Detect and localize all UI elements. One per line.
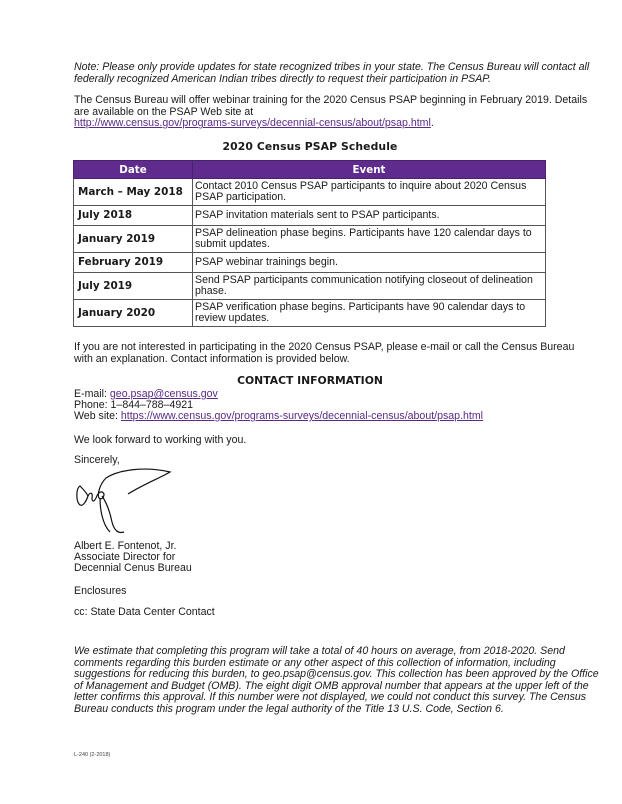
- web-label: Web site:: [74, 410, 121, 422]
- signature-image: [74, 466, 184, 536]
- schedule-table: Date Event March – May 2018 Contact 2010…: [73, 160, 546, 327]
- row-date: January 2020: [74, 300, 193, 327]
- enclosures: Enclosures: [74, 586, 126, 598]
- row-date: July 2019: [74, 273, 193, 300]
- column-header-date: Date: [74, 161, 193, 179]
- row-event: PSAP verification phase begins. Particip…: [193, 300, 546, 327]
- row-date: July 2018: [74, 206, 193, 226]
- row-date: January 2019: [74, 226, 193, 253]
- period: .: [431, 117, 434, 129]
- row-date: March – May 2018: [74, 179, 193, 206]
- contact-title: CONTACT INFORMATION: [74, 374, 546, 387]
- signer-block: Albert E. Fontenot, Jr. Associate Direct…: [74, 541, 192, 574]
- column-header-event: Event: [193, 161, 546, 179]
- webinar-text: The Census Bureau will offer webinar tra…: [74, 94, 587, 118]
- table-row: July 2019 Send PSAP participants communi…: [74, 273, 546, 300]
- tribes-note: Note: Please only provide updates for st…: [74, 62, 594, 85]
- signer-title-2: Decennial Cenus Bureau: [74, 563, 192, 574]
- burden-statement: We estimate that completing this program…: [74, 646, 604, 715]
- website-link[interactable]: https://www.census.gov/programs-surveys/…: [121, 410, 483, 422]
- table-row: February 2019 PSAP webinar trainings beg…: [74, 253, 546, 273]
- table-row: January 2020 PSAP verification phase beg…: [74, 300, 546, 327]
- row-date: February 2019: [74, 253, 193, 273]
- row-event: Contact 2010 Census PSAP participants to…: [193, 179, 546, 206]
- row-event: Send PSAP participants communication not…: [193, 273, 546, 300]
- row-event: PSAP webinar trainings begin.: [193, 253, 546, 273]
- closing-line: We look forward to working with you.: [74, 435, 246, 447]
- schedule-title: 2020 Census PSAP Schedule: [74, 140, 546, 153]
- psap-website-link[interactable]: http://www.census.gov/programs-surveys/d…: [74, 117, 431, 129]
- not-interested-paragraph: If you are not interested in participati…: [74, 342, 594, 365]
- row-event: PSAP invitation materials sent to PSAP p…: [193, 206, 546, 226]
- sincerely: Sincerely,: [74, 455, 120, 467]
- cc-line: cc: State Data Center Contact: [74, 607, 215, 619]
- table-row: January 2019 PSAP delineation phase begi…: [74, 226, 546, 253]
- table-row: July 2018 PSAP invitation materials sent…: [74, 206, 546, 226]
- table-row: March – May 2018 Contact 2010 Census PSA…: [74, 179, 546, 206]
- contact-block: E-mail: geo.psap@census.gov Phone: 1–844…: [74, 389, 594, 422]
- webinar-paragraph: The Census Bureau will offer webinar tra…: [74, 95, 594, 130]
- row-event: PSAP delineation phase begins. Participa…: [193, 226, 546, 253]
- form-id: L-240 (2-2018): [74, 752, 110, 758]
